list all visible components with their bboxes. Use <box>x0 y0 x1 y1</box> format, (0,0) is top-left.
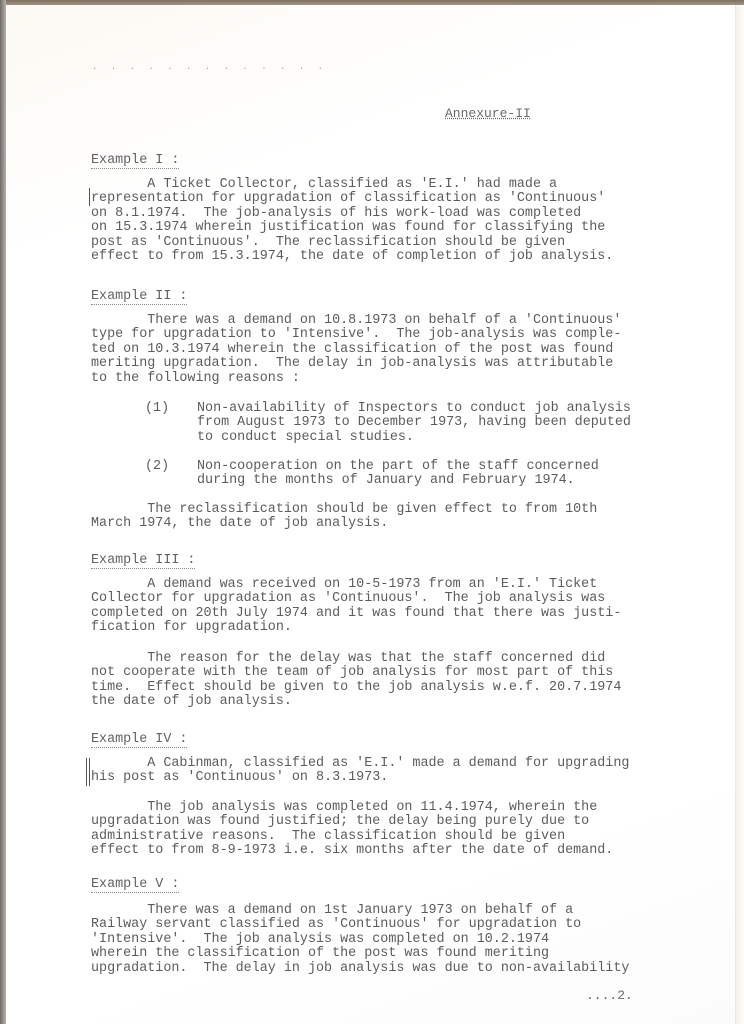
example-2-heading: Example II : <box>91 289 187 305</box>
reason-item-1: (1) Non-availability of Inspectors to co… <box>145 402 705 460</box>
example-5-heading: Example V : <box>91 877 179 893</box>
reason-number: (1) <box>145 402 169 416</box>
example-1-paragraph: A Ticket Collector, classified as 'E.I.'… <box>91 178 691 264</box>
faint-bleed-through: . . . . . . . . . . . . . <box>92 62 327 72</box>
reason-text: Non-cooperation on the part of the staff… <box>197 460 599 489</box>
example-2-closing: The reclassification should be given eff… <box>91 503 691 532</box>
example-4-heading: Example IV : <box>91 732 187 748</box>
example-3-heading: Example III : <box>91 553 195 569</box>
example-3-paragraph-1: A demand was received on 10-5-1973 from … <box>91 578 691 636</box>
margin-mark <box>86 758 87 786</box>
page-continuation-marker: ....2. <box>586 988 633 1003</box>
reason-number: (2) <box>145 460 169 474</box>
example-3-paragraph-2: The reason for the delay was that the st… <box>91 652 691 710</box>
reason-text: Non-availability of Inspectors to conduc… <box>197 402 631 445</box>
example-4-paragraph-2: The job analysis was completed on 11.4.1… <box>91 801 691 859</box>
margin-mark <box>89 758 90 786</box>
annexure-label: Annexure-II <box>445 106 531 121</box>
document-page: . . . . . . . . . . . . . Annexure-II Ex… <box>0 0 744 1024</box>
example-5-paragraph: There was a demand on 1st January 1973 o… <box>91 904 691 976</box>
example-2-paragraph: There was a demand on 10.8.1973 on behal… <box>91 314 691 386</box>
example-4-paragraph-1: A Cabinman, classified as 'E.I.' made a … <box>91 757 691 786</box>
margin-mark <box>89 188 90 206</box>
example-1-heading: Example I : <box>91 153 179 169</box>
